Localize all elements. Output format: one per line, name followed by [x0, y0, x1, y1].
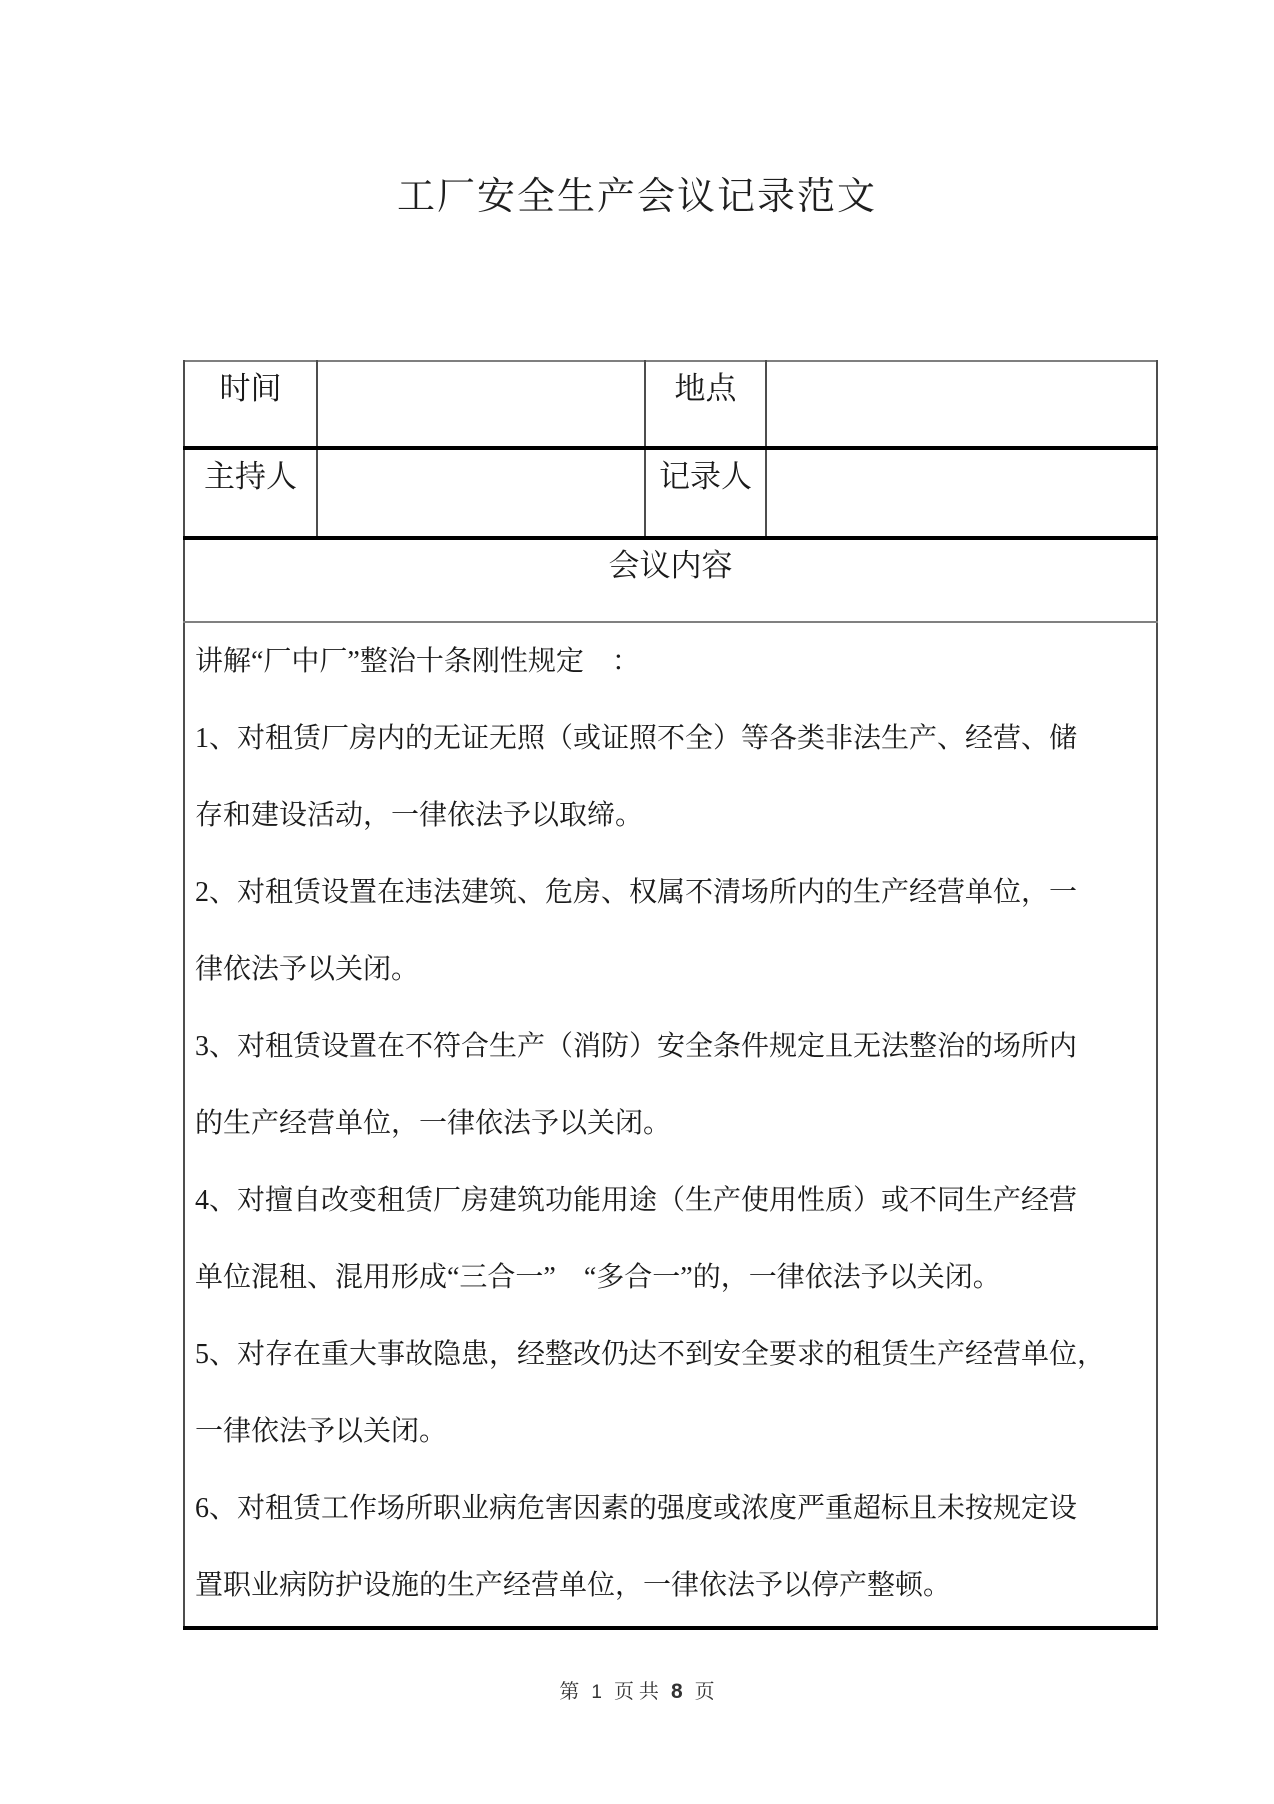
- page-footer: 第1页 共8页: [0, 1675, 1274, 1704]
- content-line: 3、对租赁设置在不符合生产（消防）安全条件规定且无法整治的场所内: [195, 1008, 1148, 1085]
- footer-prefix: 第: [559, 1681, 579, 1703]
- meeting-content-cell: 讲解“厂中厂”整治十条刚性规定 ：1、对租赁厂房内的无证无照（或证照不全）等各类…: [184, 622, 1157, 1628]
- table-row-content: 讲解“厂中厂”整治十条刚性规定 ：1、对租赁厂房内的无证无照（或证照不全）等各类…: [184, 622, 1157, 1628]
- content-line: 一律依法予以关闭。: [195, 1393, 1148, 1470]
- footer-total-pages: 8: [671, 1680, 683, 1703]
- time-value-cell: [317, 361, 645, 448]
- footer-middle: 页 共: [614, 1681, 659, 1703]
- host-value-cell: [317, 448, 645, 538]
- table-row-host-recorder: 主持人 记录人: [184, 448, 1157, 538]
- footer-suffix: 页: [695, 1681, 715, 1703]
- host-label: 主持人: [184, 448, 317, 538]
- footer-page-number: 1: [591, 1682, 602, 1703]
- content-line: 5、对存在重大事故隐患，经整改仍达不到安全要求的租赁生产经营单位，: [195, 1316, 1148, 1393]
- content-line: 置职业病防护设施的生产经营单位，一律依法予以停产整顿。: [195, 1547, 1148, 1624]
- location-label: 地点: [645, 361, 766, 448]
- meeting-info-table: 时间 地点 主持人 记录人 会议内容 讲解“厂中厂”整治十条刚性规定 ：1、对租…: [183, 360, 1158, 1630]
- meeting-content-header: 会议内容: [184, 538, 1157, 622]
- content-line: 存和建设活动，一律依法予以取缔。: [195, 777, 1148, 854]
- content-line: 2、对租赁设置在违法建筑、危房、权属不清场所内的生产经营单位，一: [195, 854, 1148, 931]
- content-line: 单位混租、混用形成“三合一” “多合一”的，一律依法予以关闭。: [195, 1239, 1148, 1316]
- content-line: 6、对租赁工作场所职业病危害因素的强度或浓度严重超标且未按规定设: [195, 1470, 1148, 1547]
- page-title: 工厂安全生产会议记录范文: [0, 165, 1274, 220]
- recorder-label: 记录人: [645, 448, 766, 538]
- table-row-time-location: 时间 地点: [184, 361, 1157, 448]
- location-value-cell: [766, 361, 1157, 448]
- time-label: 时间: [184, 361, 317, 448]
- content-line: 1、对租赁厂房内的无证无照（或证照不全）等各类非法生产、经营、储: [195, 700, 1148, 777]
- content-line: 4、对擅自改变租赁厂房建筑功能用途（生产使用性质）或不同生产经营: [195, 1162, 1148, 1239]
- table-row-section-header: 会议内容: [184, 538, 1157, 622]
- meeting-content-body: 讲解“厂中厂”整治十条刚性规定 ：1、对租赁厂房内的无证无照（或证照不全）等各类…: [195, 623, 1148, 1624]
- content-line: 讲解“厂中厂”整治十条刚性规定 ：: [195, 623, 1148, 700]
- recorder-value-cell: [766, 448, 1157, 538]
- content-line: 律依法予以关闭。: [195, 931, 1148, 1008]
- content-line: 的生产经营单位，一律依法予以关闭。: [195, 1085, 1148, 1162]
